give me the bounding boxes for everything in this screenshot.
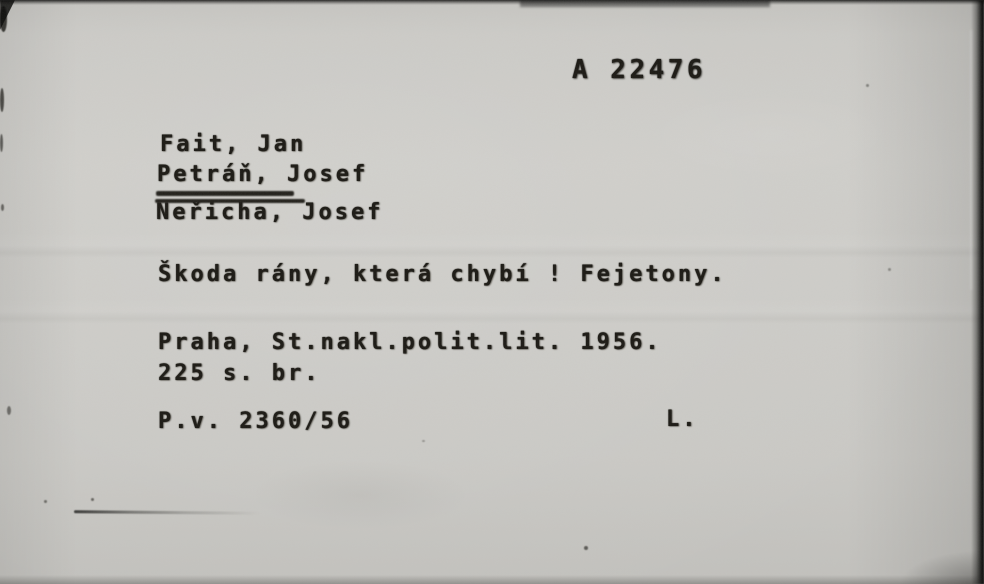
edge-speck	[0, 88, 4, 112]
paper-crease	[0, 232, 984, 258]
paper-crease	[0, 298, 984, 324]
scan-top-edge	[0, 0, 984, 5]
scan-top-edge-shadow	[520, 0, 770, 7]
scan-bottom-edge	[0, 575, 984, 584]
catalog-card-scan: A 22476 Fait, Jan Petráň, Josef Neřicha,…	[0, 0, 984, 584]
letter-mark: L.	[666, 408, 699, 432]
edge-speck	[1, 204, 4, 211]
accession-number: P.v. 2360/56	[158, 410, 353, 434]
author-line-2: Petráň, Josef	[157, 163, 368, 187]
imprint-line: Praha, St.nakl.polit.lit. 1956.	[158, 331, 662, 355]
title-line: Škoda rány, která chybí ! Fejetony.	[158, 263, 727, 287]
collation-line: 225 s. br.	[158, 362, 320, 386]
dirt-speck	[91, 498, 94, 501]
author-line-3: Neřicha, Josef	[156, 201, 383, 225]
dirt-speck	[888, 268, 891, 271]
dirt-speck	[44, 500, 47, 503]
scan-corner-mark	[0, 0, 15, 30]
edge-speck	[7, 406, 11, 415]
author-line-1: Fait, Jan	[160, 133, 306, 157]
petran-underline-mark	[156, 191, 294, 196]
paper-blotch	[640, 90, 900, 180]
dirt-speck	[866, 84, 869, 87]
scan-right-edge	[971, 0, 984, 584]
paper-grain-texture	[0, 0, 984, 584]
pencil-line-mark	[74, 510, 260, 515]
dirt-speck	[584, 546, 588, 550]
scan-bottom-right-shadow	[864, 544, 984, 584]
edge-speck	[0, 134, 3, 152]
nericha-strikethrough-mark	[155, 199, 305, 203]
scan-vignette	[0, 0, 984, 584]
dirt-speck	[422, 440, 425, 442]
paper-blotch	[250, 460, 470, 530]
call-number: A 22476	[572, 58, 706, 82]
